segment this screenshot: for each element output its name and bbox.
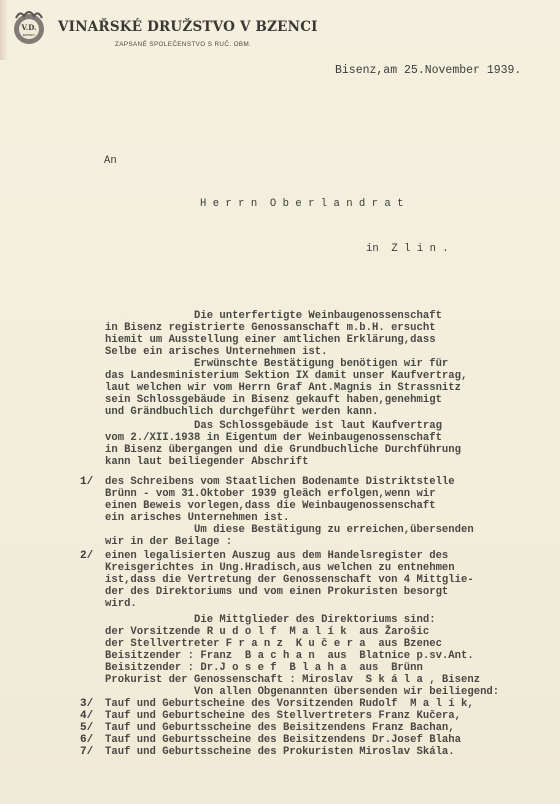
enclosure-marker: 2/ (80, 550, 93, 562)
enclosure-1-line: ein arisches Unternehmen ist. (105, 512, 289, 524)
cooperative-emblem-icon: V.D. BZENEC (12, 8, 46, 48)
p1-line: Selbe ein arisches Unternehmen ist. (105, 346, 328, 358)
svg-text:V.D.: V.D. (21, 23, 37, 32)
p3-line: Das Schlossgebäude ist laut Kaufvertrag (194, 420, 442, 432)
director-entry: der Stellvertreter F r a n z K u č e r a… (105, 638, 442, 650)
salutation: An (104, 155, 117, 167)
p3-line: vom 2./XII.1938 in Eigentum der Weinbaug… (105, 432, 442, 444)
company-subtitle: ZAPSANÉ SPOLEČENSTVO S RUČ. OBM. (115, 41, 251, 48)
directors-intro: Die Mittglieder des Direktoriums sind: (194, 614, 436, 626)
enclosure-2-line: der des Direktoriums und vom einen Proku… (105, 586, 448, 598)
certificate-marker: 5/ (80, 722, 93, 734)
enclosure-1-line: des Schreibens vom Staatlichen Bodenamte… (105, 476, 455, 488)
p1-line: hiemit um Ausstellung einer amtlichen Er… (105, 334, 436, 346)
p4-line: Um diese Bestätigung zu erreichen,überse… (194, 524, 474, 536)
recipient-city: in Z l i n . (366, 243, 449, 255)
date-line: Bisenz,am 25.November 1939. (335, 65, 521, 77)
certificate-entry: Tauf und Geburtscheine des Vorsitzenden … (105, 698, 474, 710)
certificates-intro: Von allen Obgenannten übersenden wir bei… (194, 686, 499, 698)
enclosure-1-line: Brünn - vom 31.Oktober 1939 gleäch erfol… (105, 488, 436, 500)
director-entry: Prokurist der Genossenschaft : Miroslav … (105, 674, 480, 686)
p2-line: und Grändbuchlich durchgeführt werden ka… (105, 406, 378, 418)
company-name: VINAŘSKÉ DRUŽSTVO V BZENCI (58, 19, 318, 35)
enclosure-2-line: Kreisgerichtes in Ung.Hradisch,aus welch… (105, 562, 455, 574)
enclosure-2-line: einen legalisierten Auszug aus dem Hande… (105, 550, 448, 562)
p4-line: wir in der Beilage : (105, 536, 232, 548)
recipient-title: H e r r n O b e r l a n d r a t (200, 198, 403, 210)
certificate-marker: 7/ (80, 746, 93, 758)
enclosure-2-line: wird. (105, 598, 137, 610)
certificate-entry: Tauf und Geburtsscheine des Beisitzenden… (105, 734, 461, 746)
certificate-marker: 6/ (80, 734, 93, 746)
certificate-marker: 4/ (80, 710, 93, 722)
p2-line: das Landesministerium Sektion IX damit u… (105, 370, 467, 382)
p3-line: in Bisenz übergangen und die Grundbuchli… (105, 444, 461, 456)
p1-line: Die unterfertigte Weinbaugenossenschaft (194, 310, 442, 322)
p2-line: sein Schlossgebäude in Bisenz gekauft ha… (105, 394, 442, 406)
p3-line: kann laut beiliegender Abschrift (105, 456, 308, 468)
enclosure-marker: 1/ (80, 476, 93, 488)
certificate-marker: 3/ (80, 698, 93, 710)
paper-edge-stain (0, 0, 8, 60)
p2-line: laut welchen wir vom Herrn Graf Ant.Magn… (105, 382, 461, 394)
certificate-entry: Tauf und Geburtsscheine des Prokuristen … (105, 746, 455, 758)
letter-page: V.D. BZENEC VINAŘSKÉ DRUŽSTVO V BZENCI Z… (0, 0, 560, 804)
certificate-entry: Tauf und Geburtsscheine des Beisitzenden… (105, 722, 455, 734)
p2-line: Erwünschte Bestätigung benötigen wir für (194, 358, 448, 370)
director-entry: Beisitzender : Dr.J o s e f B l a h a au… (105, 662, 423, 674)
enclosure-2-line: ist,dass die Vertretung der Genossenscha… (105, 574, 474, 586)
director-entry: Beisitzender : Franz B a c h a n aus Bla… (105, 650, 474, 662)
p1-line: in Bisenz registrierte Genossanschaft m.… (105, 322, 436, 334)
certificate-entry: Tauf und Geburtscheine des Stellvertrete… (105, 710, 461, 722)
enclosure-1-line: einen Beweis vorlegen,dass die Weinbauge… (105, 500, 436, 512)
director-entry: der Vorsitzende R u d o l f M a l í k au… (105, 626, 429, 638)
svg-text:BZENEC: BZENEC (23, 33, 35, 37)
